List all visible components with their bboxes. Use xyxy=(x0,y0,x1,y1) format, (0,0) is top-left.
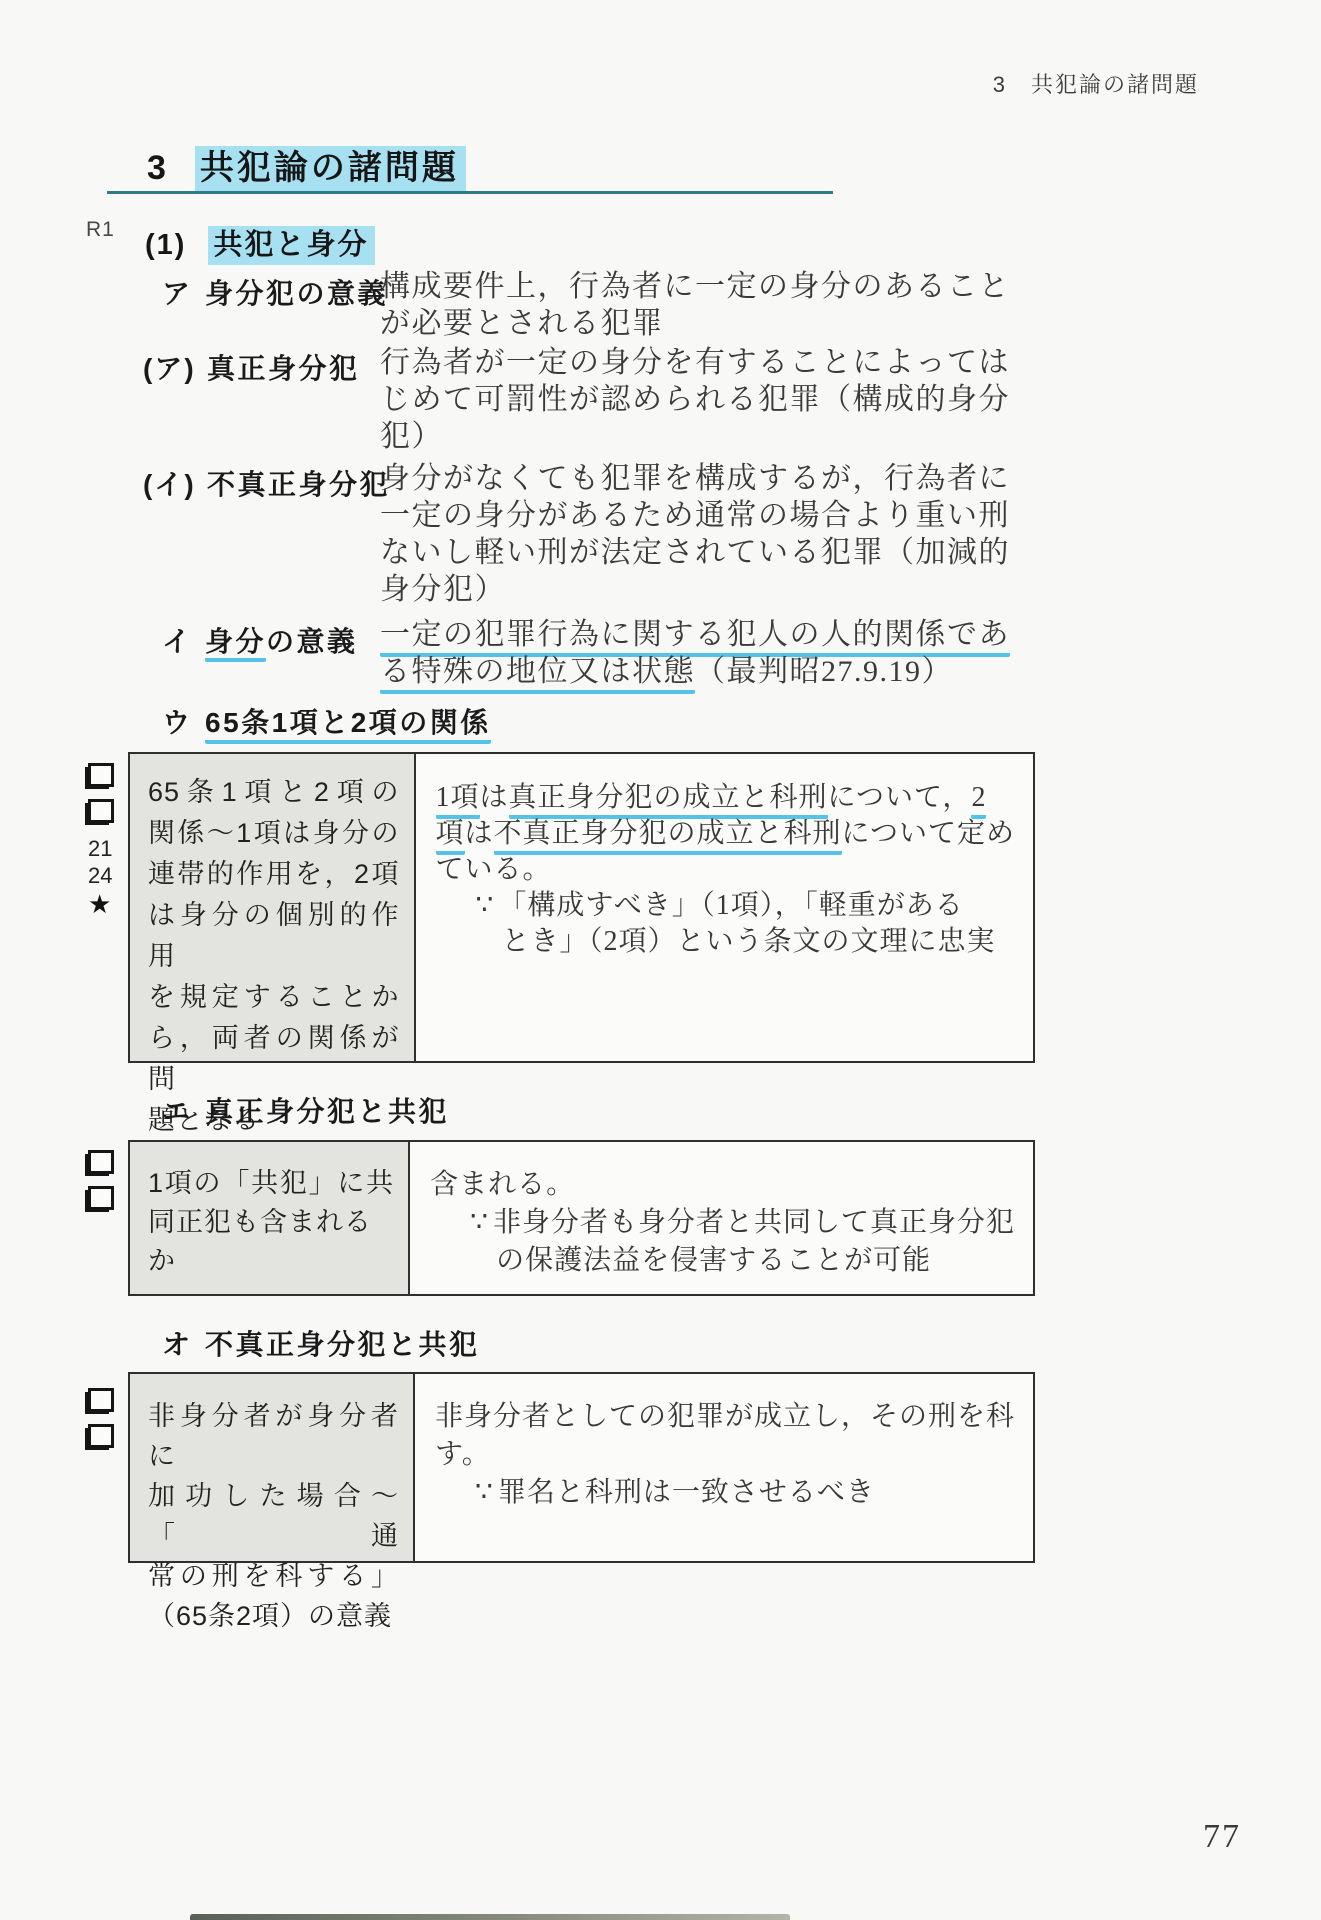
definition-line-rest: （最判昭27.9.19） xyxy=(695,655,953,688)
issue-line: 1項の「共犯」に共 xyxy=(148,1164,394,1203)
item-u-heading: 65条1項と2項の関係 xyxy=(205,701,491,741)
table-issue-cell: 非身分者が身分者に 加功した場合〜「通 常の刑を科する」 （65条2項）の意義 xyxy=(130,1374,415,1561)
checkbox-icon xyxy=(88,763,114,787)
reason-line: の保護法益を侵害することが可能 xyxy=(430,1242,1015,1280)
item-a1-marker: (ア) xyxy=(143,347,196,387)
reason-text: 「構成すべき」（1項），「軽重がある xyxy=(498,890,963,921)
definition-line: が必要とされる犯罪 xyxy=(380,305,1050,342)
item-a1-label: 真正身分犯 xyxy=(207,347,360,387)
answer-text: は xyxy=(465,818,494,849)
margin-checklist-table3 xyxy=(88,1388,114,1460)
answer-text: について定め xyxy=(842,818,1015,849)
answer-text: について， xyxy=(828,782,972,813)
definition-line: ないし軽い刑が法定されている犯罪（加減的 xyxy=(380,534,1050,571)
item-a-label: 身分犯の意義 xyxy=(205,272,388,312)
item-i-label-underlined: 身分 xyxy=(205,626,266,662)
table-untrue-status-crime: 非身分者が身分者に 加功した場合〜「通 常の刑を科する」 （65条2項）の意義 … xyxy=(128,1372,1035,1563)
because-mark: ∵ xyxy=(470,1207,489,1238)
title-rule xyxy=(107,191,833,194)
item-o-marker: オ xyxy=(162,1323,192,1363)
book-page: 3 共犯論の諸問題 3共犯論の諸問題 R1 (1)共犯と身分 ア 身分犯の意義 … xyxy=(0,0,1321,1920)
because-mark: ∵ xyxy=(475,1477,494,1508)
page-number: 77 xyxy=(1203,1818,1241,1856)
margin-checklist-table1: 21 24 ★ xyxy=(88,763,114,919)
item-i-label: 身分の意義 xyxy=(205,620,358,660)
item-o-heading: 不真正身分犯と共犯 xyxy=(205,1323,480,1363)
table-answer-cell: 非身分者としての犯罪が成立し，その刑を科 す。 ∵罪名と科刑は一致させるべき xyxy=(415,1374,1033,1561)
item-a2-definition: 身分がなくても犯罪を構成するが，行為者に 一定の身分があるため通常の場合より重い… xyxy=(380,460,1050,608)
checkbox-icon xyxy=(88,1424,114,1448)
issue-line: ら，両者の関係が問 xyxy=(148,1018,400,1100)
answer-underlined: 1項 xyxy=(436,782,480,819)
item-e-heading: 真正身分犯と共犯 xyxy=(205,1090,449,1130)
answer-line: 非身分者としての犯罪が成立し，その刑を科 xyxy=(435,1398,1015,1436)
definition-line: 犯） xyxy=(380,418,1050,455)
definition-line: じめて可罰性が認められる犯罪（構成的身分 xyxy=(380,381,1050,418)
issue-line: 65条1項と2項の xyxy=(148,772,400,813)
table-issue-cell: 65条1項と2項の 関係〜1項は身分の 連帯的作用を，2項 は身分の個別的作用 … xyxy=(130,754,416,1061)
reason-line: ∵非身分者も身分者と共同して真正身分犯 xyxy=(430,1204,1015,1242)
definition-line: 一定の身分があるため通常の場合より重い刑 xyxy=(380,497,1050,534)
item-a-definition: 構成要件上，行為者に一定の身分のあること が必要とされる犯罪 xyxy=(380,268,1050,342)
reason-line: ∵「構成すべき」（1項），「軽重がある xyxy=(436,888,1016,924)
running-header: 3 共犯論の諸問題 xyxy=(993,68,1199,99)
page-title: 3共犯論の諸問題 xyxy=(147,140,466,189)
reason-line: ∵罪名と科刑は一致させるべき xyxy=(435,1474,1015,1512)
item-a-marker: ア xyxy=(162,272,192,312)
definition-line-underlined: 一定の犯罪行為に関する犯人の人的関係であ xyxy=(380,618,1010,657)
item-a2-label: 不真正身分犯 xyxy=(207,463,390,503)
table-issue-cell: 1項の「共犯」に共 同正犯も含まれるか xyxy=(130,1142,410,1294)
subsection-1-label: 共犯と身分 xyxy=(208,226,375,265)
table-answer-cell: 含まれる。 ∵非身分者も身分者と共同して真正身分犯 の保護法益を侵害することが可… xyxy=(410,1142,1033,1294)
issue-line: 加功した場合〜「通 xyxy=(148,1476,399,1556)
item-a2-marker: (イ) xyxy=(143,463,196,503)
star-icon: ★ xyxy=(88,889,114,919)
answer-line: 含まれる。 xyxy=(430,1166,1015,1204)
item-i-marker: イ xyxy=(162,620,192,660)
issue-line: （65条2項）の意義 xyxy=(148,1596,399,1636)
checkbox-icon xyxy=(88,1388,114,1412)
margin-exam-year: 24 xyxy=(88,862,114,889)
answer-line: す。 xyxy=(435,1436,1015,1474)
margin-exam-year: 21 xyxy=(88,835,114,862)
answer-underlined: 不真正身分犯の成立と科刑 xyxy=(494,818,842,855)
answer-underlined: 項 xyxy=(436,818,465,855)
scan-edge-artifact xyxy=(190,1914,790,1920)
reason-text: 非身分者も身分者と共同して真正身分犯 xyxy=(493,1207,1015,1238)
answer-underlined: 真正身分犯の成立と科刑 xyxy=(509,782,828,819)
answer-line: 1項は真正身分犯の成立と科刑について，2 xyxy=(436,780,1016,816)
item-u-marker: ウ xyxy=(162,701,192,741)
issue-line: は身分の個別的作用 xyxy=(148,895,400,977)
subsection-1-number: (1) xyxy=(145,229,186,261)
definition-line: 身分犯） xyxy=(380,571,1050,608)
issue-line: 常の刑を科する」 xyxy=(148,1556,399,1596)
margin-checklist-table2 xyxy=(88,1150,114,1222)
issue-line: を規定することか xyxy=(148,977,400,1018)
subsection-1-heading: (1)共犯と身分 xyxy=(145,222,375,263)
item-u-heading-text: 65条1項と2項の関係 xyxy=(205,707,491,744)
issue-line: 同正犯も含まれるか xyxy=(148,1203,394,1281)
answer-line: ている。 xyxy=(436,852,1016,888)
issue-line: 非身分者が身分者に xyxy=(148,1396,399,1476)
reason-text: 罪名と科刑は一致させるべき xyxy=(498,1477,875,1508)
item-e-marker: エ xyxy=(162,1090,192,1130)
issue-line: 関係〜1項は身分の xyxy=(148,813,400,854)
definition-line-underlined: る特殊の地位又は状態 xyxy=(380,655,695,694)
answer-underlined: 2 xyxy=(971,782,986,819)
checkbox-icon xyxy=(88,799,114,823)
table-true-status-crime: 1項の「共犯」に共 同正犯も含まれるか 含まれる。 ∵非身分者も身分者と共同して… xyxy=(128,1140,1035,1296)
answer-text: は xyxy=(480,782,509,813)
because-mark: ∵ xyxy=(476,890,495,921)
answer-line: 項は不真正身分犯の成立と科刑について定め xyxy=(436,816,1016,852)
checkbox-icon xyxy=(88,1150,114,1174)
margin-note-r1: R1 xyxy=(86,218,115,242)
page-title-text: 共犯論の諸問題 xyxy=(195,146,466,191)
definition-line: 行為者が一定の身分を有することによっては xyxy=(380,344,1050,381)
item-a1-definition: 行為者が一定の身分を有することによっては じめて可罰性が認められる犯罪（構成的身… xyxy=(380,344,1050,455)
checkbox-icon xyxy=(88,1186,114,1210)
issue-line: 連帯的作用を，2項 xyxy=(148,854,400,895)
item-i-definition: 一定の犯罪行為に関する犯人の人的関係であ る特殊の地位又は状態（最判昭27.9.… xyxy=(380,616,1050,690)
reason-line: とき」（2項）という条文の文理に忠実 xyxy=(436,924,1016,960)
definition-line: 構成要件上，行為者に一定の身分のあること xyxy=(380,268,1050,305)
page-title-number: 3 xyxy=(147,149,169,187)
item-i-label-rest: の意義 xyxy=(266,626,358,657)
table-article65-relation: 65条1項と2項の 関係〜1項は身分の 連帯的作用を，2項 は身分の個別的作用 … xyxy=(128,752,1035,1063)
definition-line: 身分がなくても犯罪を構成するが，行為者に xyxy=(380,460,1050,497)
table-answer-cell: 1項は真正身分犯の成立と科刑について，2 項は不真正身分犯の成立と科刑について定… xyxy=(416,754,1034,1061)
